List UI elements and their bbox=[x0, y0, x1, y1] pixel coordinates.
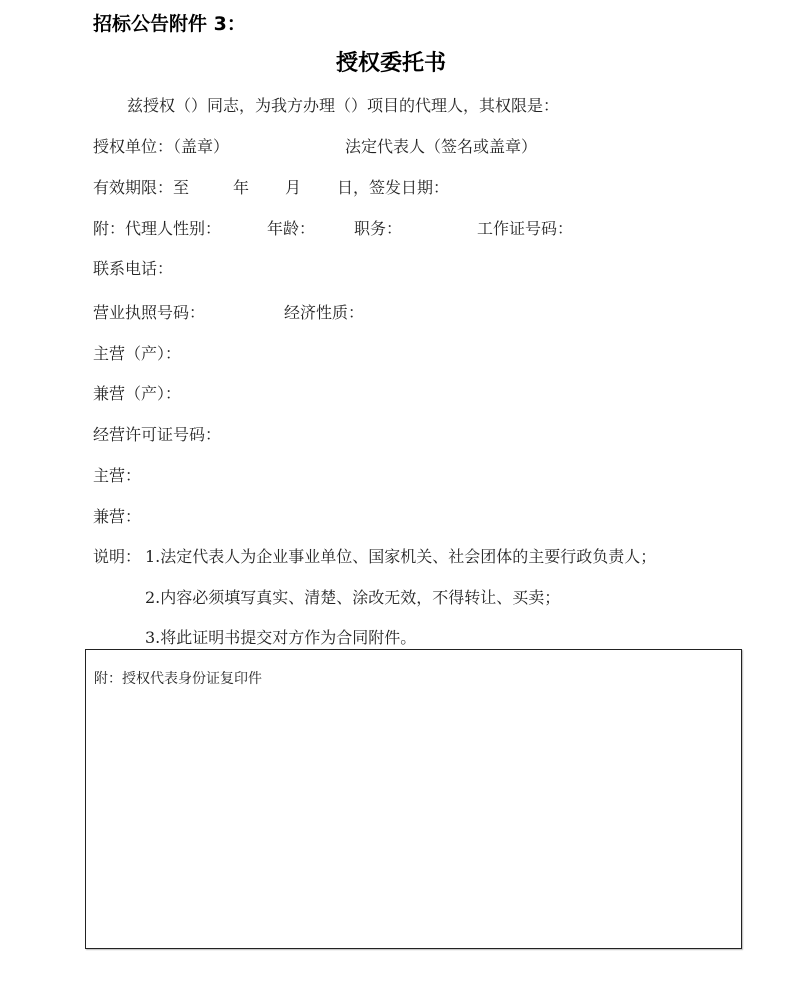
document-title: 授权委托书 bbox=[336, 46, 446, 77]
note-item-3: 3.将此证明书提交对方作为合同附件。 bbox=[145, 625, 416, 648]
note-item-2: 2.内容必须填写真实、清楚、涂改无效，不得转让、买卖； bbox=[145, 585, 560, 608]
validity-year: 年 bbox=[233, 175, 249, 198]
main-business-product-field: 主营（产）： bbox=[93, 341, 181, 364]
age-field: 年龄： bbox=[267, 216, 315, 239]
issue-date-field: 日，签发日期： bbox=[337, 175, 449, 198]
business-license-field: 营业执照号码： bbox=[93, 300, 205, 323]
main-business-field: 主营： bbox=[93, 463, 141, 486]
economic-nature-field: 经济性质： bbox=[284, 300, 364, 323]
side-business-product-field: 兼营（产）： bbox=[93, 381, 181, 404]
attachment-heading: 招标公告附件 3： bbox=[93, 9, 246, 36]
intro-paragraph: 兹授权（）同志，为我方办理（）项目的代理人，其权限是： bbox=[127, 93, 559, 116]
phone-field: 联系电话： bbox=[93, 256, 173, 279]
position-field: 职务： bbox=[354, 216, 402, 239]
id-copy-attachment-box: 附：授权代表身份证复印件 bbox=[85, 649, 742, 949]
legal-rep-field: 法定代表人（签名或盖章） bbox=[345, 134, 537, 157]
agent-gender-field: 附：代理人性别： bbox=[93, 216, 221, 239]
attachment-box-label: 附：授权代表身份证复印件 bbox=[94, 668, 262, 688]
side-business-field: 兼营： bbox=[93, 504, 141, 527]
validity-month: 月 bbox=[285, 175, 301, 198]
notes-label: 说明： bbox=[93, 544, 141, 567]
operating-permit-field: 经营许可证号码： bbox=[93, 422, 221, 445]
work-id-field: 工作证号码： bbox=[477, 216, 573, 239]
authorizing-unit-field: 授权单位：（盖章） bbox=[93, 134, 229, 157]
validity-field: 有效期限：至 bbox=[93, 175, 189, 198]
note-item-1: 1.法定代表人为企业事业单位、国家机关、社会团体的主要行政负责人； bbox=[145, 544, 656, 567]
